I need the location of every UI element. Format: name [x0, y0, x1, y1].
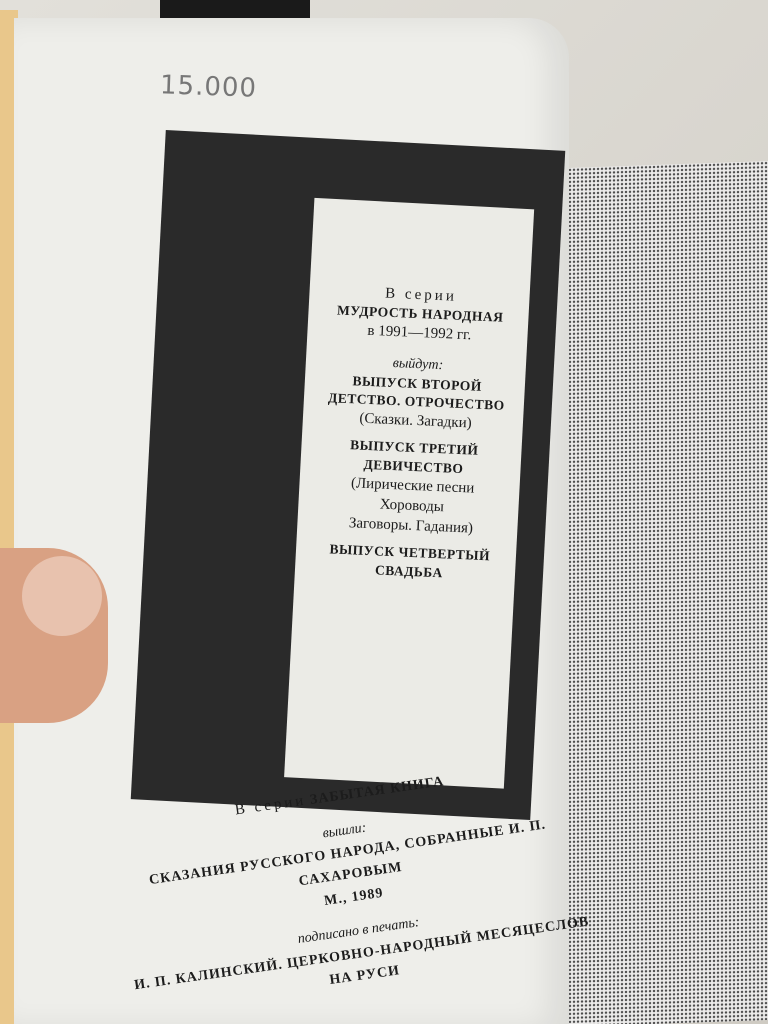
- series-intro: В серии: [234, 793, 307, 819]
- series-announcement: В серии МУДРОСТЬ НАРОДНАЯ в 1991—1992 гг…: [294, 280, 537, 586]
- thumbnail-nail: [22, 556, 102, 636]
- handwritten-price: 15.000: [160, 70, 258, 103]
